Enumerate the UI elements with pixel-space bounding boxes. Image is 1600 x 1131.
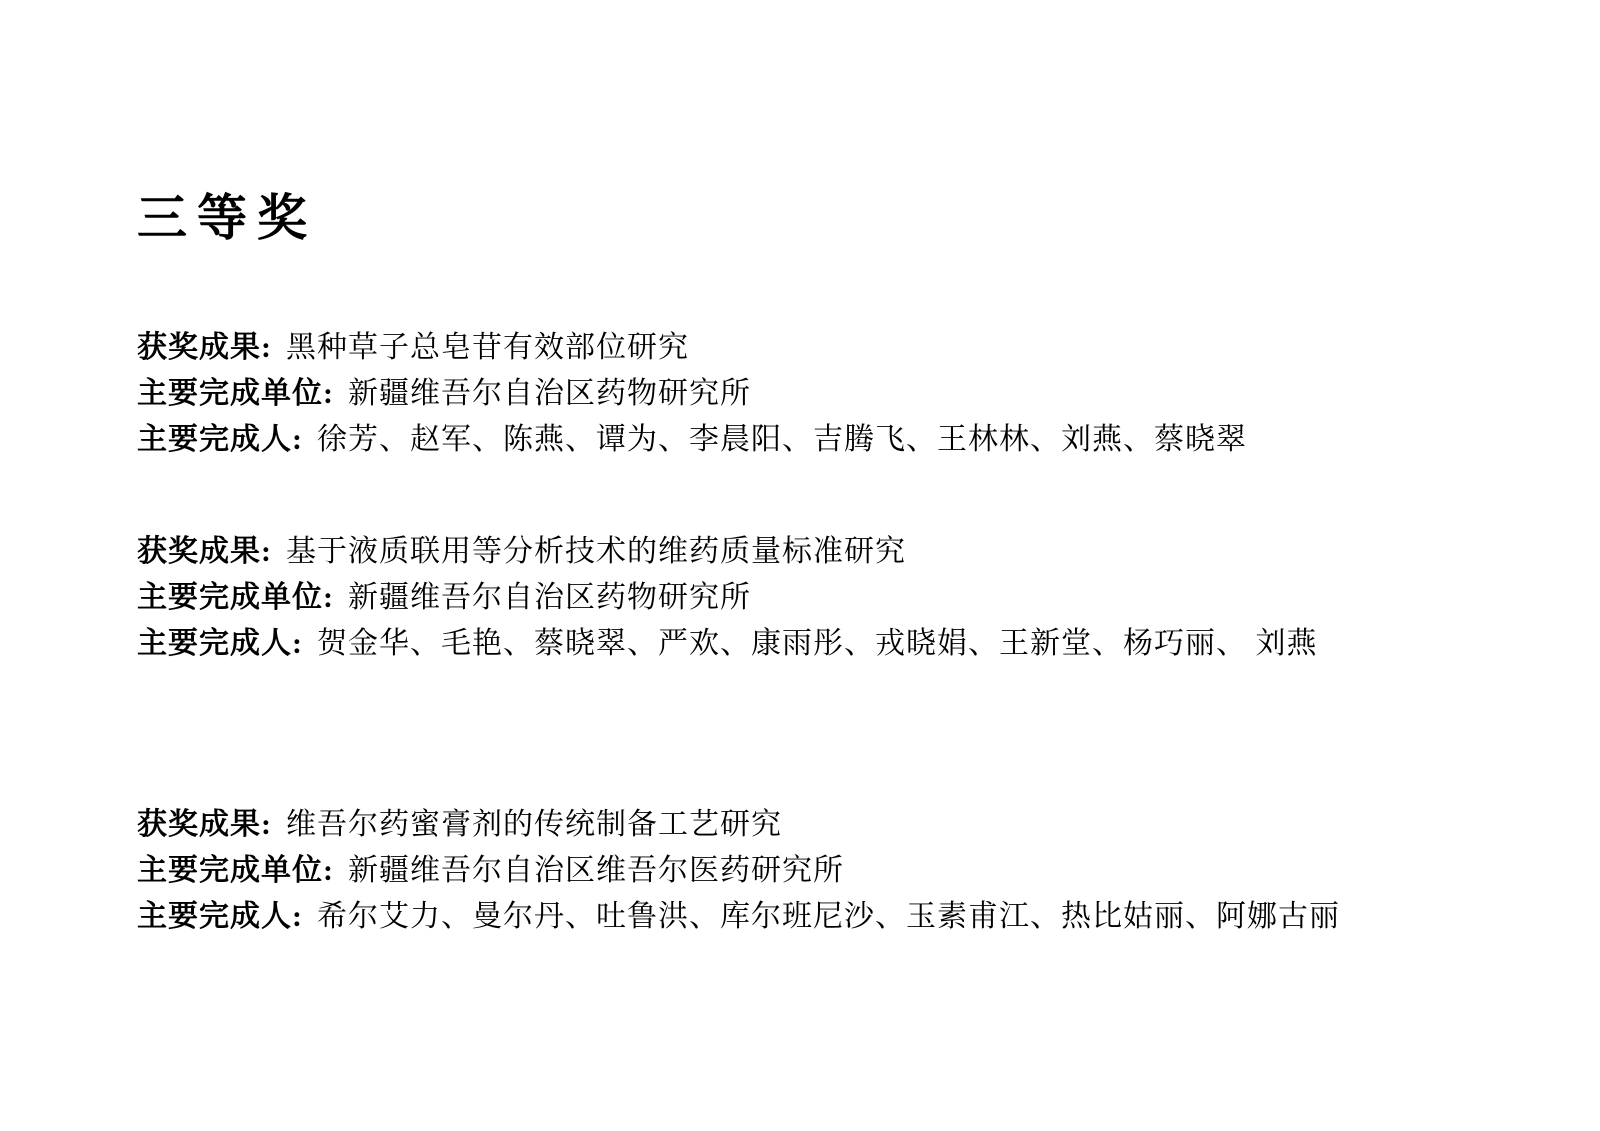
award-entry: 获奖成果:维吾尔药蜜膏剂的传统制备工艺研究 主要完成单位:新疆维吾尔自治区维吾尔… bbox=[137, 802, 1340, 940]
completing-unit-label: 主要完成单位: bbox=[137, 854, 334, 887]
award-result-value: 维吾尔药蜜膏剂的传统制备工艺研究 bbox=[286, 808, 782, 841]
award-result-value: 基于液质联用等分析技术的维药质量标准研究 bbox=[286, 535, 906, 568]
completing-unit-line: 主要完成单位:新疆维吾尔自治区药物研究所 bbox=[137, 371, 1247, 417]
contributors-label: 主要完成人: bbox=[137, 627, 303, 660]
contributors-value: 希尔艾力、曼尔丹、吐鲁洪、库尔班尼沙、玉素甫江、热比姑丽、阿娜古丽 bbox=[317, 900, 1340, 933]
award-result-line: 获奖成果:维吾尔药蜜膏剂的传统制备工艺研究 bbox=[137, 802, 1340, 848]
award-result-line: 获奖成果:基于液质联用等分析技术的维药质量标准研究 bbox=[137, 529, 1318, 575]
contributors-label: 主要完成人: bbox=[137, 900, 303, 933]
award-result-label: 获奖成果: bbox=[137, 535, 272, 568]
completing-unit-label: 主要完成单位: bbox=[137, 581, 334, 614]
award-result-value: 黑种草子总皂苷有效部位研究 bbox=[286, 331, 689, 364]
contributors-line: 主要完成人:希尔艾力、曼尔丹、吐鲁洪、库尔班尼沙、玉素甫江、热比姑丽、阿娜古丽 bbox=[137, 894, 1340, 940]
completing-unit-value: 新疆维吾尔自治区药物研究所 bbox=[348, 581, 751, 614]
award-entry: 获奖成果:黑种草子总皂苷有效部位研究 主要完成单位:新疆维吾尔自治区药物研究所 … bbox=[137, 325, 1247, 463]
completing-unit-label: 主要完成单位: bbox=[137, 377, 334, 410]
award-result-label: 获奖成果: bbox=[137, 808, 272, 841]
document-page: 三等奖 获奖成果:黑种草子总皂苷有效部位研究 主要完成单位:新疆维吾尔自治区药物… bbox=[0, 0, 1600, 1131]
completing-unit-line: 主要完成单位:新疆维吾尔自治区维吾尔医药研究所 bbox=[137, 848, 1340, 894]
completing-unit-line: 主要完成单位:新疆维吾尔自治区药物研究所 bbox=[137, 575, 1318, 621]
award-result-label: 获奖成果: bbox=[137, 331, 272, 364]
completing-unit-value: 新疆维吾尔自治区药物研究所 bbox=[348, 377, 751, 410]
contributors-value: 徐芳、赵军、陈燕、谭为、李晨阳、吉腾飞、王林林、刘燕、蔡晓翠 bbox=[317, 423, 1247, 456]
completing-unit-value: 新疆维吾尔自治区维吾尔医药研究所 bbox=[348, 854, 844, 887]
page-title: 三等奖 bbox=[137, 178, 317, 250]
award-result-line: 获奖成果:黑种草子总皂苷有效部位研究 bbox=[137, 325, 1247, 371]
contributors-label: 主要完成人: bbox=[137, 423, 303, 456]
contributors-line: 主要完成人:徐芳、赵军、陈燕、谭为、李晨阳、吉腾飞、王林林、刘燕、蔡晓翠 bbox=[137, 417, 1247, 463]
contributors-line: 主要完成人:贺金华、毛艳、蔡晓翠、严欢、康雨彤、戎晓娟、王新堂、杨巧丽、 刘燕 bbox=[137, 621, 1318, 667]
award-entry: 获奖成果:基于液质联用等分析技术的维药质量标准研究 主要完成单位:新疆维吾尔自治… bbox=[137, 529, 1318, 667]
contributors-value: 贺金华、毛艳、蔡晓翠、严欢、康雨彤、戎晓娟、王新堂、杨巧丽、 刘燕 bbox=[317, 627, 1318, 660]
